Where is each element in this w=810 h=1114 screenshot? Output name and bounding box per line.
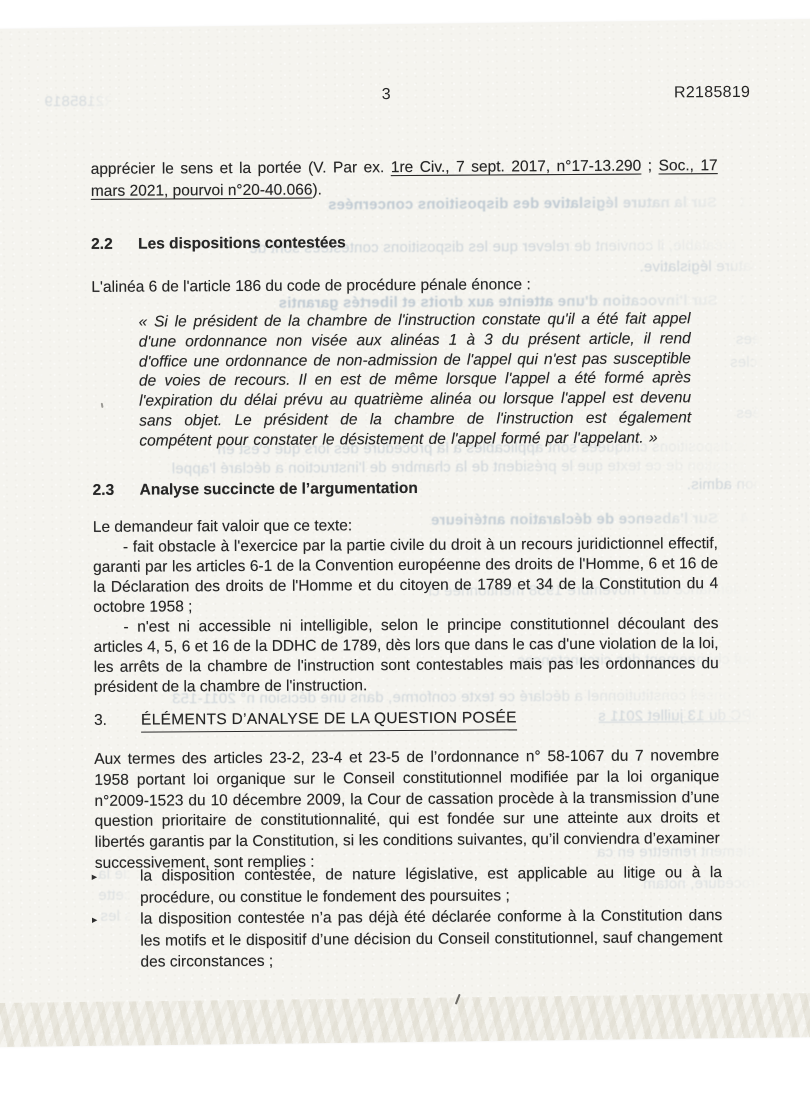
condition-1: la disposition contestée, de nature légi… [140, 862, 722, 909]
citation-separator: ; [641, 157, 658, 174]
case-citation-1: 1re Civ., 7 sept. 2017, n°17-13.290 [391, 158, 642, 177]
section-3-title: ÉLÉMENTS D’ANALYSE DE LA QUESTION POSÉE [141, 709, 517, 732]
section-2-3-title: Analyse succincte de l’argumentation [140, 480, 418, 499]
article-186-intro: L'alinéa 6 de l'article 186 du code de p… [91, 274, 718, 298]
list-item: ► la disposition contestée, de nature lé… [90, 862, 722, 909]
bleed-through-text: nature législative. [640, 258, 761, 276]
section-2-3-number: 2.3 [93, 482, 140, 500]
section-3-number: 3. [94, 712, 141, 730]
argumentation-block: Le demandeur fait valoir que ce texte: -… [93, 514, 719, 698]
bleed-through-text: ées [736, 405, 761, 422]
bleed-through-text: QPC du 13 juillet 2011 s [598, 707, 764, 725]
article-186-quote: « Si le président de la chambre de l'ins… [139, 309, 692, 451]
paragraph-citations: apprécier le sens et la portée (V. Par e… [91, 155, 718, 203]
document-content: R21858193.1 Sur la nature législative de… [0, 0, 810, 1114]
citation-pre-text: apprécier le sens et la portée (V. Par e… [91, 159, 391, 178]
section-2-3-heading: 2.3Analyse succincte de l’argumentation [93, 480, 418, 500]
citation-post-text: ). [312, 182, 322, 199]
bleed-through-text: icles [730, 354, 761, 371]
bleed-through-text: application de ce texte que le président… [172, 457, 762, 478]
qpc-conditions-list: ► la disposition contestée, de nature lé… [90, 862, 723, 973]
bleed-through-text: non admis. [686, 476, 761, 493]
section-3-heading: 3.ÉLÉMENTS D’ANALYSE DE LA QUESTION POSÉ… [94, 709, 517, 730]
section-2-2-title: Les dispositions contestées [138, 234, 346, 252]
scan-speck [455, 994, 461, 1005]
document-reference: R2185819 [674, 84, 750, 102]
section-2-2-number: 2.2 [91, 236, 138, 254]
bullet-arrow-icon: ► [90, 866, 140, 909]
qpc-transmission-paragraph: Aux termes des articles 23-2, 23-4 et 23… [94, 746, 720, 875]
list-item: ► la disposition contestée n’a pas déjà … [90, 905, 722, 973]
argument-1: - fait obstacle à l'exercice par la part… [93, 534, 718, 618]
bullet-arrow-icon: ► [90, 909, 140, 974]
section-2-2-heading: 2.2Les dispositions contestées [91, 234, 346, 254]
scan-speck [101, 403, 104, 408]
condition-2: la disposition contestée n’a pas déjà ét… [140, 905, 722, 973]
page-number: 3 [0, 84, 775, 107]
argument-2: - n'est ni accessible ni intelligible, s… [93, 614, 718, 698]
bleed-layer: R21858193.1 Sur la nature législative de… [0, 0, 807, 2]
bleed-through-text: ées [736, 331, 761, 348]
